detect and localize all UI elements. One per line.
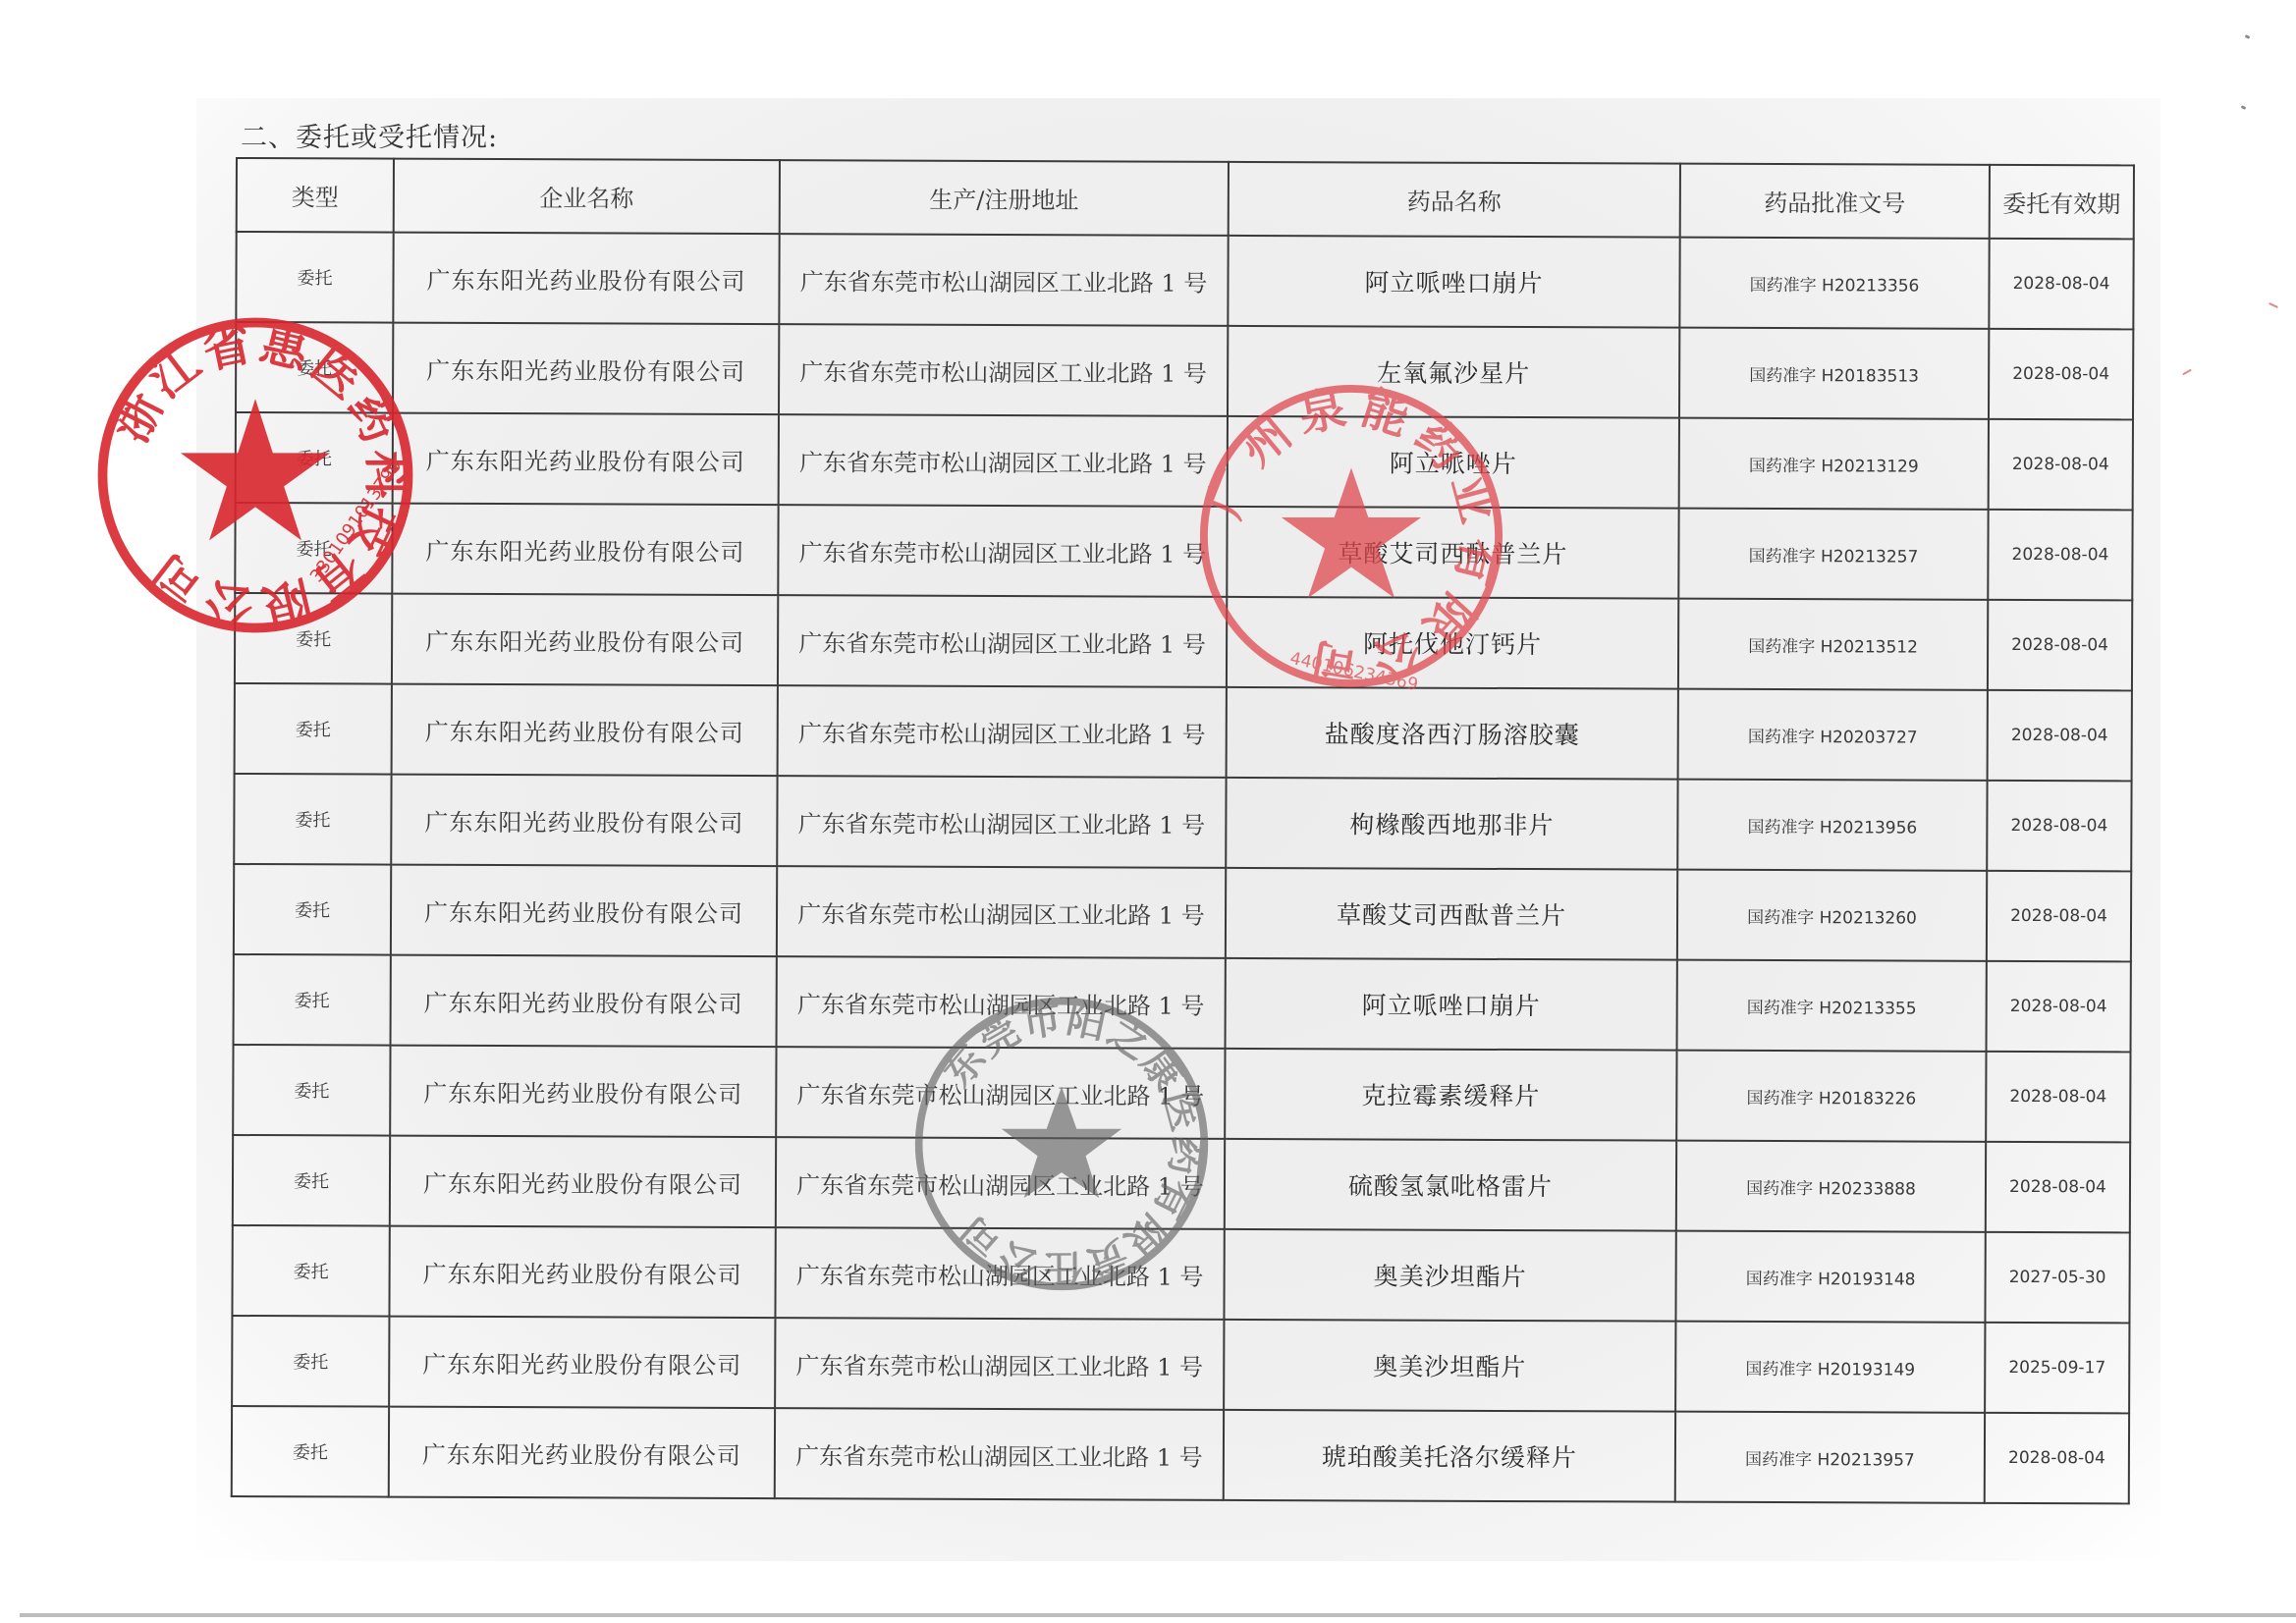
cell-type: 委托 xyxy=(234,954,391,1046)
cell-company: 广东东阳光药业股份有限公司 xyxy=(391,865,777,957)
cell-drug-name: 草酸艾司西酞普兰片 xyxy=(1226,868,1677,960)
cell-valid-until: 2027-05-30 xyxy=(1985,1232,2129,1324)
cell-type: 委托 xyxy=(235,683,392,775)
approval-prefix: 国药准字 xyxy=(1748,727,1815,746)
cell-valid-until: 2028-08-04 xyxy=(1988,600,2132,691)
cell-valid-until: 2028-08-04 xyxy=(1986,1052,2130,1143)
cell-type: 委托 xyxy=(235,503,392,594)
cell-drug-name: 草酸艾司西酞普兰片 xyxy=(1227,507,1678,599)
cell-valid-until: 2028-08-04 xyxy=(1987,961,2131,1053)
table-row: 委托广东东阳光药业股份有限公司广东省东莞市松山湖园区工业北路 1 号盐酸度洛西汀… xyxy=(235,683,2132,781)
cell-approval-number: 国药准字 H20193148 xyxy=(1675,1231,1985,1323)
cell-address: 广东省东莞市松山湖园区工业北路 1 号 xyxy=(778,595,1227,687)
cell-address: 广东省东莞市松山湖园区工业北路 1 号 xyxy=(776,1137,1225,1229)
cell-drug-name: 枸橼酸西地那非片 xyxy=(1226,778,1677,870)
cell-valid-until: 2028-08-04 xyxy=(1987,781,2131,872)
cell-type: 委托 xyxy=(235,593,392,684)
cell-approval-number: 国药准字 H20213355 xyxy=(1677,960,1987,1052)
cell-company: 广东东阳光药业股份有限公司 xyxy=(391,955,777,1048)
header-type: 类型 xyxy=(237,158,394,233)
cell-address: 广东省东莞市松山湖园区工业北路 1 号 xyxy=(779,234,1228,326)
cell-valid-until: 2028-08-04 xyxy=(1987,871,2131,962)
cell-address: 广东省东莞市松山湖园区工业北路 1 号 xyxy=(775,1408,1224,1500)
table-row: 委托广东东阳光药业股份有限公司广东省东莞市松山湖园区工业北路 1 号阿立哌唑口崩… xyxy=(236,232,2133,329)
table-row: 委托广东东阳光药业股份有限公司广东省东莞市松山湖园区工业北路 1 号阿托伐他汀钙… xyxy=(235,593,2132,690)
cell-type: 委托 xyxy=(234,864,391,955)
scan-speck xyxy=(2182,369,2192,376)
cell-company: 广东东阳光药业股份有限公司 xyxy=(392,684,778,777)
table-header-row: 类型 企业名称 生产/注册地址 药品名称 药品批准文号 委托有效期 xyxy=(237,158,2134,239)
cell-drug-name: 阿立哌唑片 xyxy=(1228,416,1679,509)
cell-drug-name: 阿立哌唑口崩片 xyxy=(1228,236,1679,328)
cell-type: 委托 xyxy=(236,322,393,413)
cell-drug-name: 左氧氟沙星片 xyxy=(1228,326,1679,418)
cell-company: 广东东阳光药业股份有限公司 xyxy=(390,1046,776,1138)
cell-valid-until: 2028-08-04 xyxy=(1985,1413,2129,1504)
approval-prefix: 国药准字 xyxy=(1749,365,1816,385)
approval-prefix: 国药准字 xyxy=(1749,546,1816,566)
approval-code: H20203727 xyxy=(1820,728,1917,747)
approval-code: H20183226 xyxy=(1819,1089,1916,1109)
approval-code: H20213956 xyxy=(1820,818,1917,838)
cell-approval-number: 国药准字 H20213512 xyxy=(1678,599,1988,690)
cell-type: 委托 xyxy=(233,1135,390,1226)
table-row: 委托广东东阳光药业股份有限公司广东省东莞市松山湖园区工业北路 1 号奥美沙坦酯片… xyxy=(232,1316,2129,1413)
cell-drug-name: 奥美沙坦酯片 xyxy=(1224,1320,1675,1412)
approval-code: H20193148 xyxy=(1818,1270,1915,1289)
table-row: 委托广东东阳光药业股份有限公司广东省东莞市松山湖园区工业北路 1 号克拉霉素缓释… xyxy=(233,1045,2130,1142)
approval-code: H20193149 xyxy=(1818,1360,1915,1380)
cell-company: 广东东阳光药业股份有限公司 xyxy=(393,233,779,325)
approval-prefix: 国药准字 xyxy=(1747,817,1814,837)
approval-code: H20213957 xyxy=(1817,1450,1914,1470)
cell-address: 广东省东莞市松山湖园区工业北路 1 号 xyxy=(777,866,1226,958)
scan-edge-line xyxy=(20,1613,2296,1617)
approval-prefix: 国药准字 xyxy=(1745,1359,1812,1379)
approval-prefix: 国药准字 xyxy=(1745,1449,1812,1469)
cell-company: 广东东阳光药业股份有限公司 xyxy=(389,1407,775,1499)
cell-drug-name: 硫酸氢氯吡格雷片 xyxy=(1225,1139,1676,1231)
table-row: 委托广东东阳光药业股份有限公司广东省东莞市松山湖园区工业北路 1 号奥美沙坦酯片… xyxy=(232,1225,2129,1323)
cell-company: 广东东阳光药业股份有限公司 xyxy=(391,775,777,867)
cell-valid-until: 2028-08-04 xyxy=(1988,510,2132,601)
cell-address: 广东省东莞市松山湖园区工业北路 1 号 xyxy=(778,505,1227,597)
cell-approval-number: 国药准字 H20213257 xyxy=(1678,509,1988,600)
approval-code: H20213129 xyxy=(1821,457,1918,476)
scan-speck xyxy=(2245,34,2251,39)
table-row: 委托广东东阳光药业股份有限公司广东省东莞市松山湖园区工业北路 1 号琥珀酸美托洛… xyxy=(232,1406,2129,1503)
cell-valid-until: 2025-09-17 xyxy=(1985,1323,2129,1414)
cell-drug-name: 琥珀酸美托洛尔缓释片 xyxy=(1224,1410,1675,1502)
cell-address: 广东省东莞市松山湖园区工业北路 1 号 xyxy=(779,324,1228,416)
cell-type: 委托 xyxy=(232,1316,389,1407)
cell-type: 委托 xyxy=(232,1406,389,1497)
header-approval-number: 药品批准文号 xyxy=(1680,164,1990,239)
table-row: 委托广东东阳光药业股份有限公司广东省东莞市松山湖园区工业北路 1 号枸橼酸西地那… xyxy=(234,774,2131,871)
table-row: 委托广东东阳光药业股份有限公司广东省东莞市松山湖园区工业北路 1 号左氧氟沙星片… xyxy=(236,322,2133,419)
approval-prefix: 国药准字 xyxy=(1746,1088,1813,1108)
cell-approval-number: 国药准字 H20183513 xyxy=(1679,328,1989,419)
cell-valid-until: 2028-08-04 xyxy=(1989,239,2133,330)
cell-drug-name: 阿立哌唑口崩片 xyxy=(1226,958,1677,1051)
cell-type: 委托 xyxy=(234,774,391,865)
delegation-table: 类型 企业名称 生产/注册地址 药品名称 药品批准文号 委托有效期 委托广东东阳… xyxy=(231,157,2135,1504)
cell-address: 广东省东莞市松山湖园区工业北路 1 号 xyxy=(777,776,1226,868)
cell-company: 广东东阳光药业股份有限公司 xyxy=(392,504,778,596)
cell-company: 广东东阳光药业股份有限公司 xyxy=(393,413,779,506)
cell-approval-number: 国药准字 H20213356 xyxy=(1679,238,1989,329)
approval-code: H20213257 xyxy=(1821,547,1918,567)
cell-type: 委托 xyxy=(232,1225,389,1317)
table-body: 委托广东东阳光药业股份有限公司广东省东莞市松山湖园区工业北路 1 号阿立哌唑口崩… xyxy=(232,232,2134,1503)
cell-address: 广东省东莞市松山湖园区工业北路 1 号 xyxy=(775,1227,1224,1320)
table-row: 委托广东东阳光药业股份有限公司广东省东莞市松山湖园区工业北路 1 号硫酸氢氯吡格… xyxy=(233,1135,2130,1232)
cell-approval-number: 国药准字 H20203727 xyxy=(1678,689,1988,781)
cell-approval-number: 国药准字 H20213129 xyxy=(1679,418,1989,510)
cell-company: 广东东阳光药业股份有限公司 xyxy=(390,1136,776,1228)
approval-prefix: 国药准字 xyxy=(1747,998,1814,1017)
approval-code: H20233888 xyxy=(1818,1179,1915,1199)
header-valid-until: 委托有效期 xyxy=(1990,165,2134,240)
table-row: 委托广东东阳光药业股份有限公司广东省东莞市松山湖园区工业北路 1 号阿立哌唑片国… xyxy=(236,412,2133,510)
approval-code: H20213356 xyxy=(1822,276,1919,296)
cell-valid-until: 2028-08-04 xyxy=(1989,419,2133,511)
table-row: 委托广东东阳光药业股份有限公司广东省东莞市松山湖园区工业北路 1 号草酸艾司西酞… xyxy=(234,864,2131,961)
table-row: 委托广东东阳光药业股份有限公司广东省东莞市松山湖园区工业北路 1 号草酸艾司西酞… xyxy=(235,503,2132,600)
cell-valid-until: 2028-08-04 xyxy=(1989,329,2133,420)
approval-prefix: 国药准字 xyxy=(1748,636,1815,656)
cell-drug-name: 克拉霉素缓释片 xyxy=(1225,1049,1676,1141)
cell-drug-name: 阿托伐他汀钙片 xyxy=(1227,597,1678,689)
approval-code: H20183513 xyxy=(1822,366,1919,386)
cell-drug-name: 盐酸度洛西汀肠溶胶囊 xyxy=(1227,687,1678,780)
cell-type: 委托 xyxy=(236,412,393,504)
cell-address: 广东省东莞市松山湖园区工业北路 1 号 xyxy=(779,414,1228,507)
cell-company: 广东东阳光药业股份有限公司 xyxy=(392,594,778,686)
approval-code: H20213355 xyxy=(1819,999,1916,1018)
cell-address: 广东省东莞市松山湖园区工业北路 1 号 xyxy=(775,1318,1224,1410)
cell-company: 广东东阳光药业股份有限公司 xyxy=(389,1317,775,1409)
header-address: 生产/注册地址 xyxy=(780,160,1229,236)
cell-address: 广东省东莞市松山湖园区工业北路 1 号 xyxy=(778,685,1227,778)
approval-prefix: 国药准字 xyxy=(1750,275,1817,295)
cell-approval-number: 国药准字 H20183226 xyxy=(1676,1051,1986,1142)
approval-prefix: 国药准字 xyxy=(1747,907,1814,927)
header-drug-name: 药品名称 xyxy=(1229,162,1680,238)
approval-prefix: 国药准字 xyxy=(1746,1178,1813,1198)
table-row: 委托广东东阳光药业股份有限公司广东省东莞市松山湖园区工业北路 1 号阿立哌唑口崩… xyxy=(234,954,2131,1052)
scan-speck xyxy=(2241,105,2247,110)
approval-code: H20213260 xyxy=(1820,908,1917,928)
approval-code: H20213512 xyxy=(1821,637,1918,657)
approval-prefix: 国药准字 xyxy=(1749,456,1816,475)
cell-approval-number: 国药准字 H20233888 xyxy=(1676,1141,1986,1232)
cell-valid-until: 2028-08-04 xyxy=(1988,690,2132,782)
cell-approval-number: 国药准字 H20213260 xyxy=(1677,870,1987,961)
cell-address: 广东省东莞市松山湖园区工业北路 1 号 xyxy=(776,1047,1225,1139)
cell-type: 委托 xyxy=(233,1045,390,1136)
cell-company: 广东东阳光药业股份有限公司 xyxy=(393,323,779,415)
cell-type: 委托 xyxy=(236,232,393,323)
cell-valid-until: 2028-08-04 xyxy=(1986,1142,2130,1233)
section-title: 二、委托或受托情况: xyxy=(241,116,498,154)
cell-drug-name: 奥美沙坦酯片 xyxy=(1224,1229,1675,1322)
approval-prefix: 国药准字 xyxy=(1746,1269,1813,1288)
cell-company: 广东东阳光药业股份有限公司 xyxy=(389,1226,775,1319)
cell-approval-number: 国药准字 H20213957 xyxy=(1675,1412,1985,1503)
cell-approval-number: 国药准字 H20213956 xyxy=(1677,780,1987,871)
scan-speck xyxy=(2269,302,2278,308)
cell-address: 广东省东莞市松山湖园区工业北路 1 号 xyxy=(777,956,1226,1049)
cell-approval-number: 国药准字 H20193149 xyxy=(1675,1322,1985,1413)
header-company: 企业名称 xyxy=(394,159,780,235)
